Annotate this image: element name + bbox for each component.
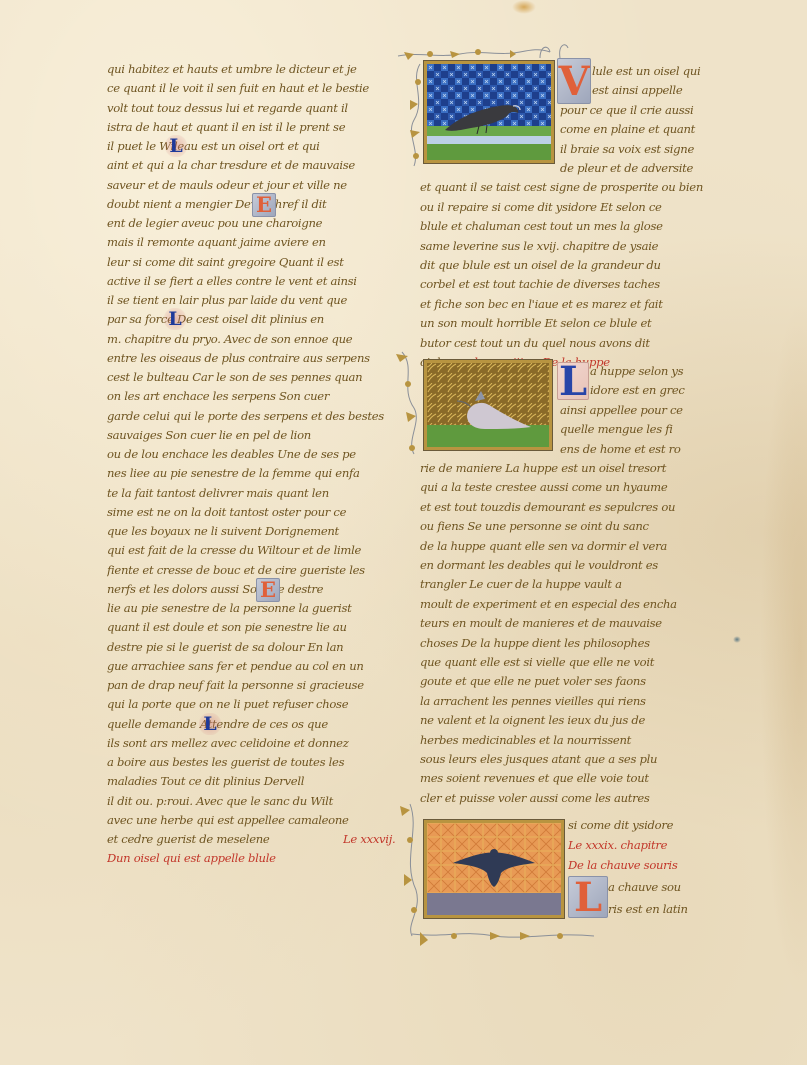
text-line: mes soient revenues et que elle voie tou…	[420, 771, 716, 787]
text-line: en dormant les deables qui le vouldront …	[420, 558, 716, 574]
text-line: il braie sa voix est signe	[560, 142, 720, 158]
text-line: leur si come dit saint gregoire Quant il…	[107, 255, 387, 271]
text-line: same leverine sus le xvij. chapitre de y…	[420, 239, 716, 255]
vine-scroll-left-2	[392, 348, 426, 458]
rubric-prefix: Dun oisel qui est appelle	[107, 851, 248, 865]
text-line: si come dit ysidore	[568, 818, 718, 834]
text-line: ce quant il le voit il sen fuit en haut …	[107, 81, 387, 97]
text-line: ou il repaire si come dit ysidore Et sel…	[420, 200, 716, 216]
vine-scroll-bottom	[404, 920, 604, 956]
text-line: de pleur et de adversite	[560, 161, 720, 177]
vine-scroll-left-3	[396, 800, 426, 940]
decorated-initial-E: E	[252, 193, 276, 217]
text-line: ou fiens Se une personne se oint du sanc	[420, 519, 716, 535]
text-line: doubt nient a mengier Deveuthref il dit	[107, 197, 387, 213]
text-line: pour ce que il crie aussi	[560, 103, 720, 119]
text-line: par sa force De cest oisel dit plinius e…	[107, 312, 387, 328]
decorated-initial-L: L	[199, 713, 221, 735]
parchment-speck	[733, 636, 741, 643]
decorated-initial-L: L	[164, 308, 186, 330]
text-line: et est tout touzdis demourant es sepulcr…	[420, 500, 716, 516]
text-line: saveur et de mauls odeur et jour et vill…	[107, 178, 387, 194]
text-line: idore est en grec	[590, 383, 720, 399]
bat-illustration	[427, 823, 561, 915]
parchment-stain	[512, 0, 536, 14]
miniature-bat	[424, 820, 564, 918]
text-line: ils sont ars mellez avec celidoine et do…	[107, 736, 387, 752]
text-line: ne valent et la oignent les ieux du jus …	[420, 713, 716, 729]
text-line: cler et puisse voler aussi come les autr…	[420, 791, 716, 807]
text-line: active il se fiert a elles contre le ven…	[107, 274, 387, 290]
text-line: la arrachent les pennes vieilles qui rie…	[420, 694, 716, 710]
text-line: choses De la huppe dient les philosophes	[420, 636, 716, 652]
text-line: lule est un oisel qui	[592, 64, 720, 80]
text-line: te la fait tantost delivrer mais quant l…	[107, 486, 387, 502]
text-line: ou de lou enchace les deables Une de ses…	[107, 447, 387, 463]
rubric-chapter-number: Le xxxvij.	[343, 832, 403, 848]
text-line: est ainsi appelle	[592, 83, 720, 99]
text-line: il se tient en lair plus par laide du ve…	[107, 293, 387, 309]
text-line: nes liee au pie senestre de la femme qui…	[107, 466, 387, 482]
miniature-hoopoe	[424, 360, 552, 450]
text-line: garde celui qui le porte des serpens et …	[107, 409, 387, 425]
text-line: m. chapitre du pryo. Avec de son ennoe q…	[107, 332, 387, 348]
text-line: volt tout touz dessus lui et regarde qua…	[107, 101, 387, 117]
text-line: fiente et cresse de bouc et de cire guer…	[107, 563, 387, 579]
text-line: mais il remonte aquant jaime aviere en	[107, 235, 387, 251]
text-line: ris est en latin	[608, 902, 718, 918]
text-line: pan de drap neuf fait la personne si gra…	[107, 678, 387, 694]
text-line: ens de home et est ro	[560, 442, 720, 458]
decorated-initial-E: E	[256, 578, 280, 602]
text-line: et cedre guerist de meselene	[107, 832, 337, 848]
initial-L-blue: L	[557, 362, 589, 400]
rubric-chapter-title: Dun oisel qui est appelle blule	[107, 851, 387, 867]
text-line: a boire aus bestes les guerist de toutes…	[107, 755, 387, 771]
text-line: quelle mengue les fi	[560, 422, 720, 438]
text-line: quant il est doule et son pie senestre l…	[107, 620, 387, 636]
text-line: un son moult horrible Et selon ce blule …	[420, 316, 716, 332]
text-line: il dit ou. p:roui. Avec que le sanc du W…	[107, 794, 387, 810]
text-line: ainsi appellee pour ce	[560, 403, 720, 419]
text-line: istra de haut et quant il en ist il le p…	[107, 120, 387, 136]
text-line: que quant elle est si vielle que elle ne…	[420, 655, 716, 671]
text-line: gue arrachiee sans fer et pendue au col …	[107, 659, 387, 675]
text-line: dit que blule est un oisel de la grandeu…	[420, 258, 716, 274]
vine-scroll-left-1	[390, 60, 426, 170]
text-line: butor cest tout un du quel nous avons di…	[420, 336, 716, 352]
text-line: nerfs et les dolors aussi Son pie destre	[107, 582, 387, 598]
parchment-edge-shadow	[760, 300, 807, 1000]
text-line: sous leurs eles jusques atant que a ses …	[420, 752, 716, 768]
text-line: quelle demande Attendre de ces os que	[107, 717, 387, 733]
text-line: lie au pie senestre de la personne la gu…	[107, 601, 387, 617]
text-line: maladies Tout ce dit plinius Dervell	[107, 774, 387, 790]
text-line: a huppe selon ys	[590, 364, 720, 380]
text-line: corbel et est tout tachie de diverses ta…	[420, 277, 716, 293]
rubric-bird-name: blule	[248, 851, 276, 865]
rubric-chapter-heading: Le xxxix. chapitre	[568, 838, 718, 854]
text-line: que les boyaux ne li suivent Dorignement	[107, 524, 387, 540]
miniature-crow	[424, 61, 554, 163]
text-line: moult de experiment et en especial des e…	[420, 597, 716, 613]
text-line: et fiche son bec en l'iaue et es marez e…	[420, 297, 716, 313]
rubric-chapter-heading: De la chauve souris	[568, 858, 718, 874]
text-line: herbes medicinables et la nourrissent	[420, 733, 716, 749]
text-line: qui habitez et hauts et umbre le dicteur…	[107, 62, 387, 78]
text-line: come en plaine et quant	[560, 122, 720, 138]
text-line: aint et qui a la char tresdure et de mau…	[107, 158, 387, 174]
text-line: a chauve sou	[608, 880, 718, 896]
text-line: teurs en moult de manieres et de mauvais…	[420, 616, 716, 632]
text-line: il puet le Wileau est un oisel ort et qu…	[107, 139, 387, 155]
text-line: rie de maniere La huppe est un oisel tre…	[420, 461, 716, 477]
text-line: blule et chaluman cest tout un mes la gl…	[420, 219, 716, 235]
left-text-column: qui habitez et hauts et umbre le dicteur…	[107, 62, 392, 882]
text-line: qui est fait de la cresse du Wiltour et …	[107, 543, 387, 559]
text-line: sauvaiges Son cuer lie en pel de lion	[107, 428, 387, 444]
text-line: sime est ne on la doit tantost oster pou…	[107, 505, 387, 521]
text-line: avec une herbe qui est appellee camaleon…	[107, 813, 387, 829]
hoopoe-illustration	[427, 363, 549, 447]
crow-illustration	[427, 64, 551, 160]
text-line: trangler Le cuer de la huppe vault a	[420, 577, 716, 593]
text-line: et quant il se taist cest signe de prosp…	[420, 180, 716, 196]
text-line: de la huppe quant elle sen va dormir el …	[420, 539, 716, 555]
text-line: on les art enchace les serpens Son cuer	[107, 389, 387, 405]
text-line: qui a la teste crestee aussi come un hya…	[420, 480, 716, 496]
text-line: destre pie si le guerist de sa dolour En…	[107, 640, 387, 656]
text-line: qui la porte que on ne li puet refuser c…	[107, 697, 387, 713]
text-line: goute et que elle ne puet voler ses faon…	[420, 674, 716, 690]
text-line: cest le bulteau Car le son de ses pennes…	[107, 370, 387, 386]
text-line: entre les oiseaus de plus contraire aus …	[107, 351, 387, 367]
text-line: ent de legier aveuc pou une charoigne	[107, 216, 387, 232]
decorated-initial-L: L	[165, 135, 187, 157]
initial-L-vermilion: L	[568, 876, 608, 918]
